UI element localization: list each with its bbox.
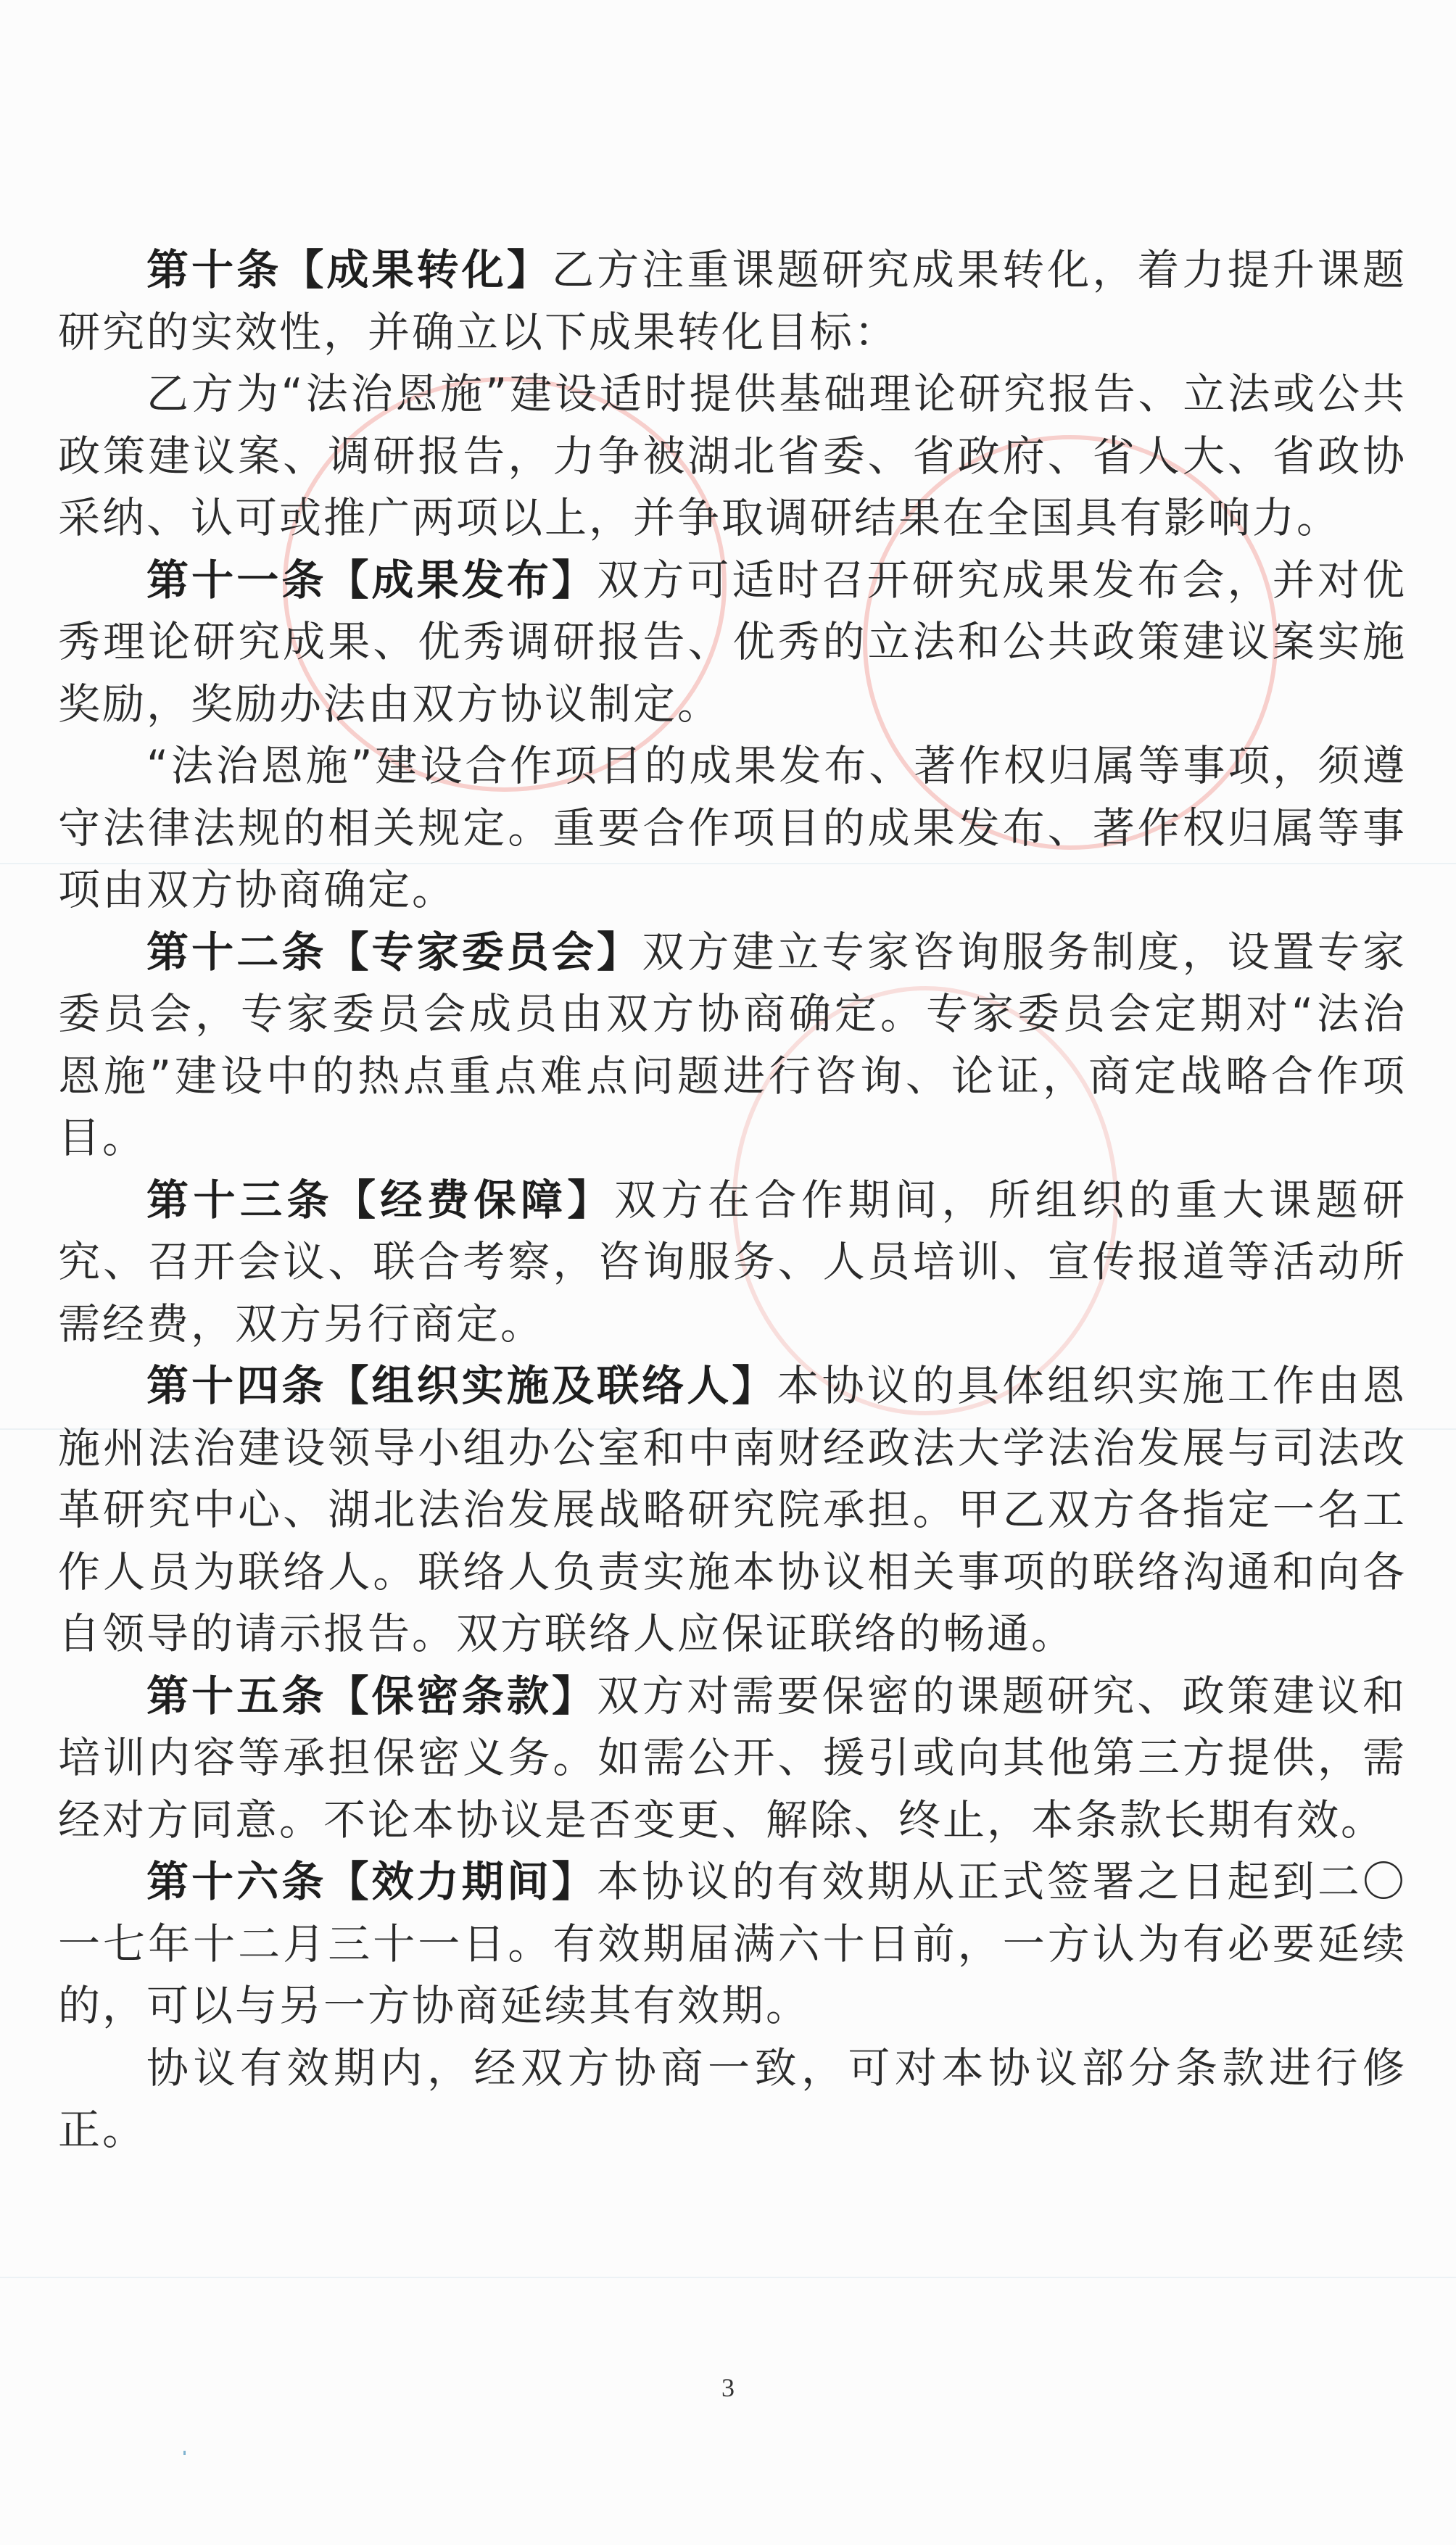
article-heading: 第十二条【专家委员会】 [146,927,642,977]
article-16: 第十六条【效力期间】本协议的有效期从正式签署之日起到二〇一七年十二月三十一日。有… [58,1851,1407,2037]
article-10-paragraph-2: 乙方为“法治恩施”建设适时提供基础理论研究报告、立法或公共政策建议案、调研报告，… [58,363,1407,550]
document-body: 第十条【成果转化】乙方注重课题研究成果转化，着力提升课题研究的实效性，并确立以下… [58,239,1407,2161]
article-heading: 第十五条【保密条款】 [146,1671,597,1721]
article-heading: 第十三条【经费保障】 [146,1175,614,1225]
article-10: 第十条【成果转化】乙方注重课题研究成果转化，着力提升课题研究的实效性，并确立以下… [58,239,1407,363]
article-heading: 第十四条【组织实施及联络人】 [146,1361,777,1410]
article-heading: 第十条【成果转化】 [146,245,552,294]
scan-artifact-dot [183,2451,186,2455]
article-12: 第十二条【专家委员会】双方建立专家咨询服务制度，设置专家委员会，专家委员会成员由… [58,922,1407,1170]
article-heading: 第十一条【成果发布】 [146,555,597,605]
page-number: 3 [0,2372,1456,2403]
scanned-page: 第十条【成果转化】乙方注重课题研究成果转化，着力提升课题研究的实效性，并确立以下… [0,0,1456,2545]
article-16-paragraph-2: 协议有效期内，经双方协商一致，可对本协议部分条款进行修正。 [58,2037,1407,2161]
article-13: 第十三条【经费保障】双方在合作期间，所组织的重大课题研究、召开会议、联合考察，咨… [58,1170,1407,1356]
article-11-paragraph-2: “法治恩施”建设合作项目的成果发布、著作权归属等事项，须遵守法律法规的相关规定。… [58,735,1407,922]
scan-artifact-line [0,2277,1456,2278]
article-14: 第十四条【组织实施及联络人】本协议的具体组织实施工作由恩施州法治建设领导小组办公… [58,1355,1407,1665]
article-15: 第十五条【保密条款】双方对需要保密的课题研究、政策建议和培训内容等承担保密义务。… [58,1665,1407,1852]
article-heading: 第十六条【效力期间】 [146,1857,597,1906]
article-11: 第十一条【成果发布】双方可适时召开研究成果发布会，并对优秀理论研究成果、优秀调研… [58,550,1407,736]
